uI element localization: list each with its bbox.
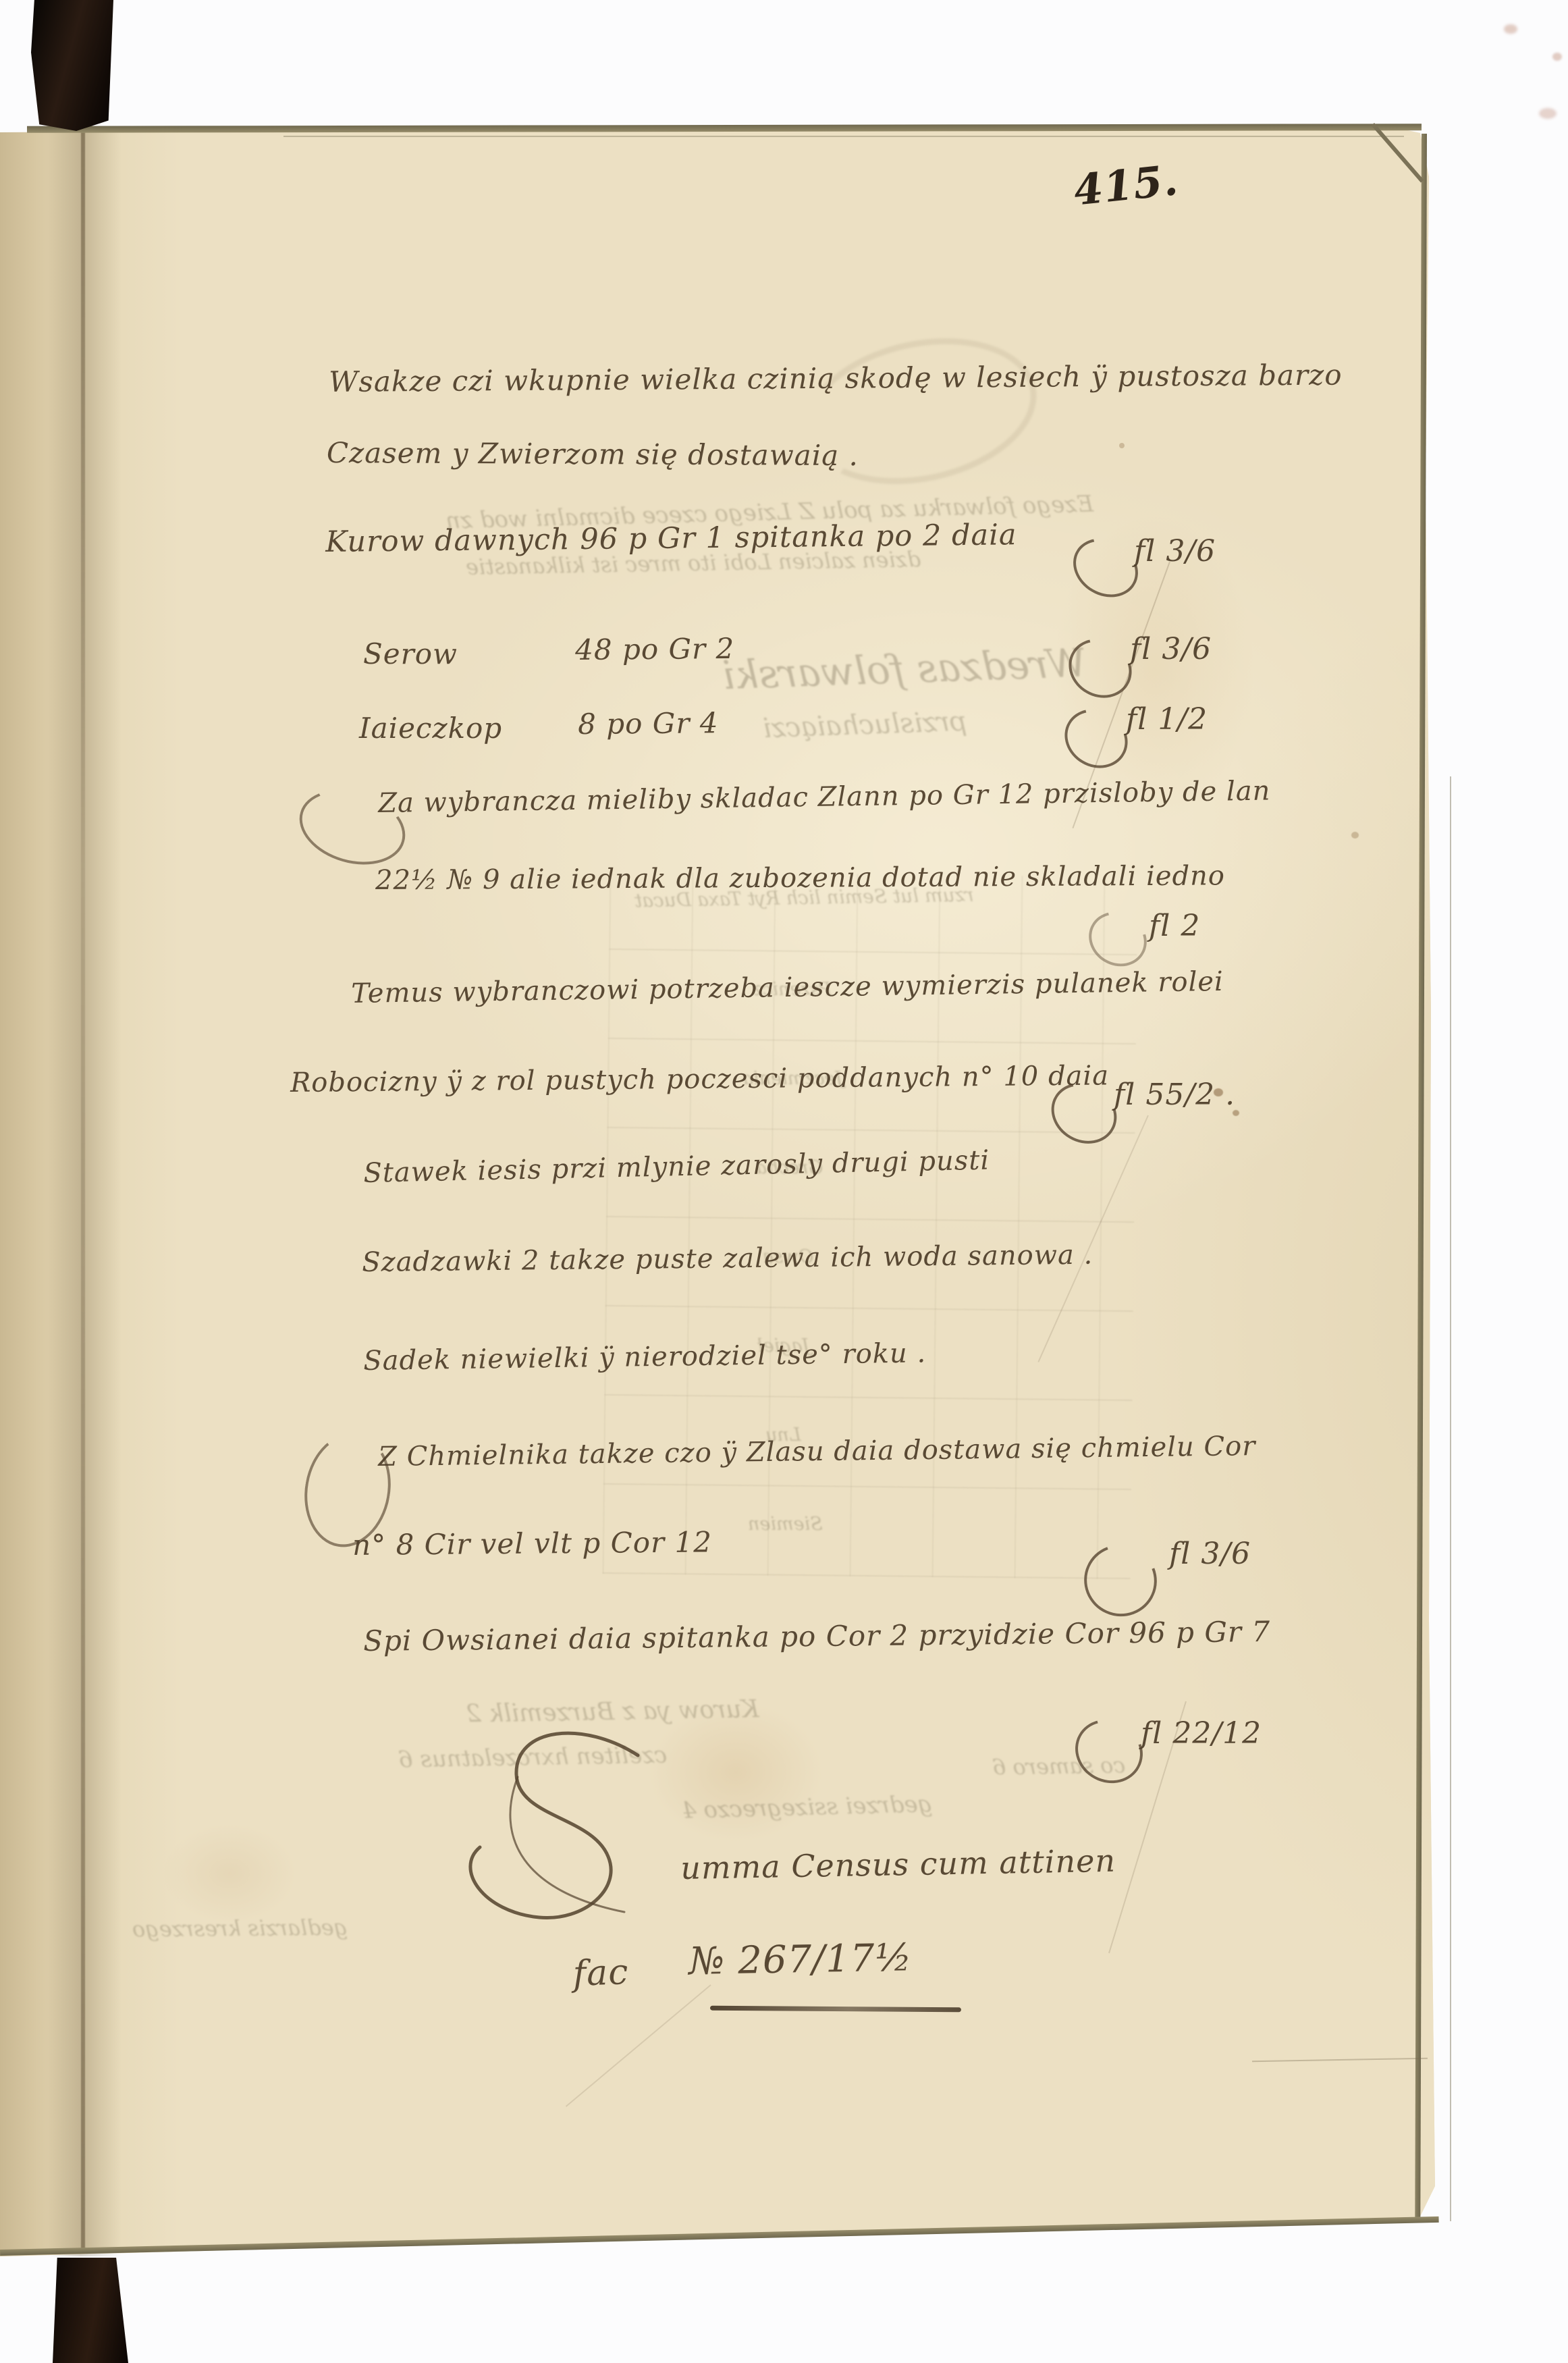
summary-total: № 267/17½ <box>688 1939 913 1981</box>
page-number: 415. <box>1072 159 1181 212</box>
page-edge-right-outer <box>1450 776 1451 2221</box>
manuscript-line: n° 8 Cir vel vlt p Cor 12 <box>352 1528 712 1560</box>
row-quantity: 48 po Gr 2 <box>575 635 734 664</box>
row-quantity: 8 po Gr 4 <box>578 709 719 739</box>
manuscript-line: Wsakze czi wkupnie wielka czinią skodę w… <box>329 361 1343 396</box>
manuscript-scan: Ezego folwarku za polu Z Lziego czece di… <box>0 0 1568 2363</box>
paper-stain <box>162 1823 297 1924</box>
ink-speck <box>1351 832 1359 839</box>
bleedthrough-table-row: Siemien <box>748 1515 823 1533</box>
amount-value: fl 3/6 <box>1169 1539 1251 1569</box>
binding-strap-bottom <box>53 2258 128 2363</box>
manuscript-line: Szadzawki 2 takze puste zalewa ich woda … <box>362 1242 1093 1276</box>
manuscript-line: Robocizny ÿ z rol pustych poczesci podda… <box>290 1062 1109 1096</box>
corner-speckle <box>1552 53 1562 61</box>
bleedthrough-line: gedlarzis kresrzego <box>132 1917 348 1940</box>
row-item: Serow <box>363 640 458 668</box>
ink-speck <box>1119 443 1125 448</box>
summary-label: fac <box>572 1955 629 1992</box>
amount-value: fl 22/12 <box>1141 1719 1262 1749</box>
manuscript-line: Czasem y Zwierzom się dostawaią . <box>327 439 859 470</box>
bleedthrough-line: gedrzei ssizegreczo 4 <box>682 1793 933 1822</box>
binding-strap-top <box>31 0 113 131</box>
manuscript-line: Kurow dawnych 96 p Gr 1 spitanka po 2 da… <box>325 521 1017 557</box>
corner-speckle <box>1504 24 1517 34</box>
bleedthrough-heading: przisluchaiączi <box>762 708 967 743</box>
amount-value: fl 1/2 <box>1126 705 1208 735</box>
manuscript-line: Sadek niewielki ÿ nierodziel tse° roku . <box>363 1339 926 1375</box>
manuscript-line: 22½ № 9 alie iednak dla zubozenia dotad … <box>375 862 1225 894</box>
row-item: Iaieczkop <box>359 714 502 743</box>
amount-value: fl 55/2 . <box>1114 1080 1235 1110</box>
amount-value: fl 2 <box>1149 911 1200 941</box>
page-edge-top-inner <box>283 136 1404 137</box>
bleedthrough-heading: Wredzas folwarski <box>722 643 1087 695</box>
amount-value: fl 3/6 <box>1134 537 1216 566</box>
summa-initial-flourish <box>415 1715 705 1938</box>
corner-speckle <box>1539 108 1557 119</box>
summary-heading: umma Census cum attinen <box>680 1845 1116 1884</box>
